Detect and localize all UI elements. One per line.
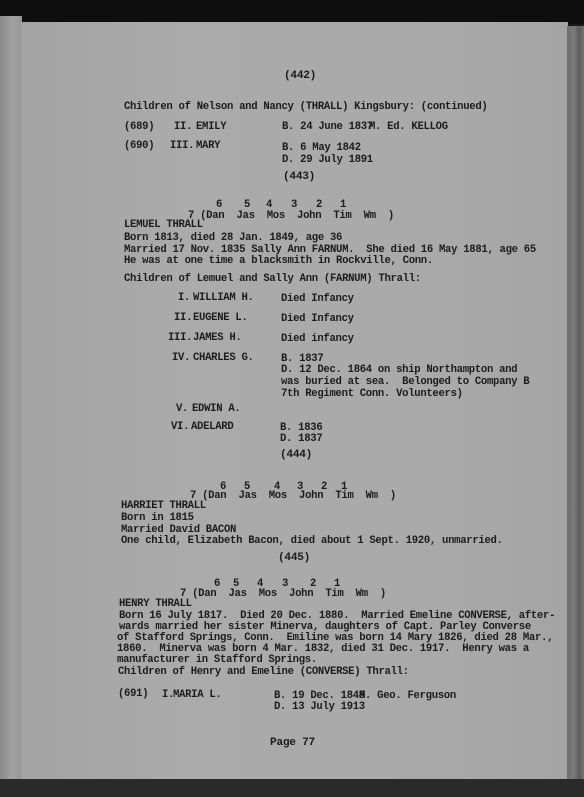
section-number: (442) <box>284 70 316 82</box>
bio-line: Born 1813, died 28 Jan. 1849, age 36 <box>124 232 342 244</box>
child-marriage: M. Ed. KELLOG <box>369 121 448 133</box>
child-detail: was buried at sea. Belonged to Company B <box>281 376 529 388</box>
child-numeral: II. <box>174 121 192 133</box>
child-detail: Died Infancy <box>281 293 354 305</box>
lineage-line: 7 (Dan Jas Mos John Tim Wm ) <box>188 210 394 222</box>
bio-line: He was at one time a blacksmith in Rockv… <box>124 255 433 267</box>
child-ref: (689) <box>124 121 154 133</box>
book-spine <box>0 16 22 781</box>
child-numeral: III. <box>170 140 194 152</box>
child-ref: (691) <box>118 688 148 700</box>
page-number: Page 77 <box>270 737 315 749</box>
child-name: EUGENE L. <box>193 312 248 324</box>
child-name: CHARLES G. <box>193 352 254 364</box>
children-heading: Children of Henry and Emeline (CONVERSE)… <box>118 666 409 678</box>
child-numeral: I. <box>178 292 190 304</box>
section-number: (443) <box>283 171 315 183</box>
section-number: (445) <box>278 552 310 564</box>
section-number: (444) <box>280 449 312 461</box>
child-numeral: VI. <box>171 421 189 433</box>
lineage-line: 7 (Dan Jas Mos John Tim Wm ) <box>190 490 396 502</box>
child-detail: Died Infancy <box>281 313 354 325</box>
person-name: LEMUEL THRALL <box>124 219 203 231</box>
page-stack-edge <box>567 26 584 781</box>
children-heading: Children of Lemuel and Sally Ann (FARNUM… <box>124 273 421 285</box>
child-numeral: V. <box>176 403 188 415</box>
scan-bottom-border <box>0 779 584 797</box>
lineage-line: 7 (Dan Jas Mos John Tim Wm ) <box>180 588 386 600</box>
person-name: HARRIET THRALL <box>121 500 206 512</box>
child-detail: Died infancy <box>281 333 354 345</box>
child-numeral: III. <box>168 332 192 344</box>
child-ref: (690) <box>124 140 154 152</box>
bio-line: manufacturer in Stafford Springs. <box>117 654 317 666</box>
child-name: EMILY <box>196 121 226 133</box>
child-numeral: II. <box>174 312 192 324</box>
scan-top-border <box>0 0 584 24</box>
child-detail: D. 12 Dec. 1864 on ship Northampton and <box>281 364 517 376</box>
child-name: ADELARD <box>191 421 233 433</box>
child-name: MARY <box>196 140 220 152</box>
bio-line: Born in 1815 <box>121 512 194 524</box>
child-detail: D. 29 July 1891 <box>282 154 373 166</box>
child-name: EDWIN A. <box>192 403 240 415</box>
child-detail: D. 1837 <box>280 433 322 445</box>
child-name: MARIA L. <box>173 689 221 701</box>
child-name: JAMES H. <box>193 332 241 344</box>
child-detail: D. 13 July 1913 <box>274 701 365 713</box>
child-detail: 7th Regiment Conn. Volunteers) <box>281 388 463 400</box>
person-name: HENRY THRALL <box>119 598 192 610</box>
child-name: WILLIAM H. <box>193 292 254 304</box>
children-heading: Children of Nelson and Nancy (THRALL) Ki… <box>124 101 487 113</box>
child-marriage: M. Geo. Ferguson <box>359 690 456 702</box>
child-detail: B. 24 June 1837 <box>282 121 373 133</box>
child-numeral: IV. <box>172 352 190 364</box>
bio-line: One child, Elizabeth Bacon, died about 1… <box>121 535 503 547</box>
child-detail: B. 6 May 1842 <box>282 142 361 154</box>
